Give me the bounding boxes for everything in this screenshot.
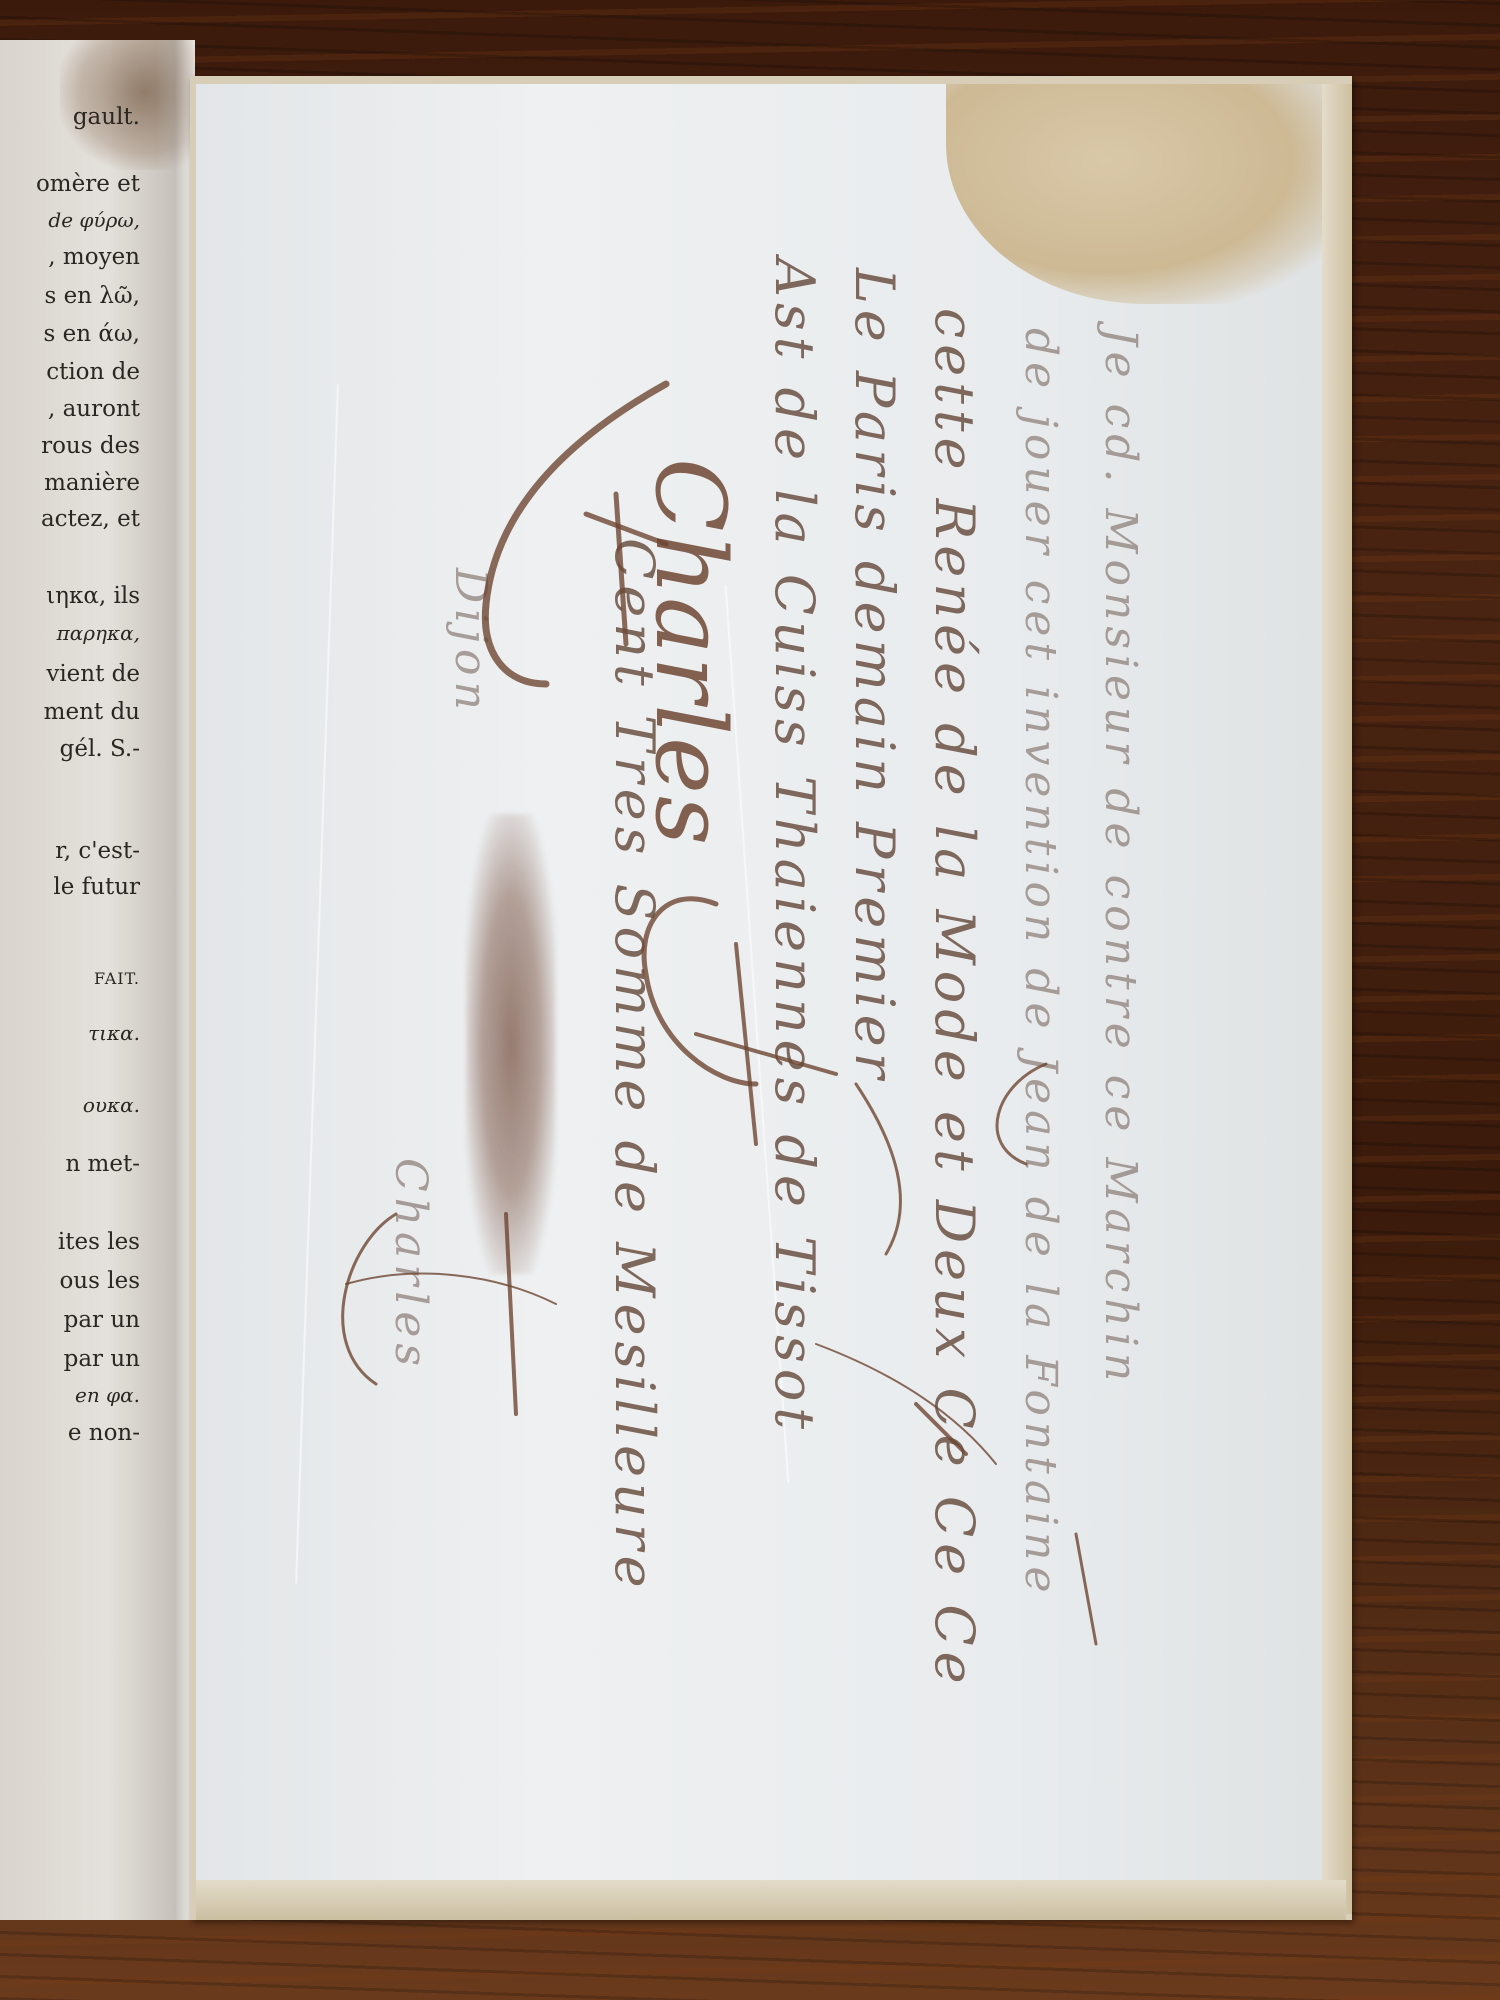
printed-line: en φα. — [75, 1383, 140, 1407]
printed-line: n met- — [65, 1151, 140, 1177]
handwritten-page-right: Je cd. Monsieur de contre ce Marchinde j… — [190, 76, 1352, 1920]
handwritten-line: Charles — [385, 1158, 436, 1372]
printed-line: e non- — [68, 1420, 140, 1446]
printed-line: ιηκα, ils — [46, 583, 140, 609]
printed-line: παρηκα, — [57, 621, 140, 645]
printed-line: gault. — [73, 104, 140, 130]
printed-line: ous les — [59, 1268, 140, 1294]
printed-line: le futur — [53, 874, 140, 900]
printed-line: rous des — [41, 433, 140, 459]
printed-line: ουκα. — [83, 1093, 140, 1117]
printed-line: ction de — [46, 359, 140, 385]
printed-line: s en άω, — [44, 321, 140, 347]
printed-line: s en λῶ, — [45, 283, 141, 309]
handwritten-script: Je cd. Monsieur de contre ce Marchinde j… — [196, 84, 1346, 1914]
printed-line: ment du — [44, 699, 140, 725]
printed-line: , moyen — [48, 244, 140, 270]
handwritten-line: cette Renée de la Mode et Deux Ce Ce Ce — [923, 308, 986, 1690]
printed-page-left: gault.omère etde φύρω,, moyens en λῶ,s e… — [0, 40, 195, 1920]
handwritten-line: Ast de la Cuiss Thaiennes de Tissot — [763, 258, 826, 1435]
handwritten-line: Cent Tres Somme de Mesilleure — [603, 538, 666, 1594]
printed-line: manière — [44, 470, 140, 496]
handwritten-line: Le Paris demain Premier — [843, 268, 906, 1085]
printed-line: r, c'est- — [55, 838, 140, 864]
printed-line: actez, et — [41, 506, 140, 532]
printed-line: omère et — [36, 171, 140, 197]
printed-line: par un — [64, 1307, 140, 1333]
printed-line: ites les — [58, 1229, 140, 1255]
handwritten-line: Dijon — [445, 568, 496, 716]
printed-line: gél. S.- — [60, 736, 140, 762]
book-gutter — [155, 40, 195, 1920]
printed-line: , auront — [48, 396, 140, 422]
printed-line: vient de — [46, 661, 140, 687]
printed-line: par un — [64, 1346, 140, 1372]
handwritten-line: Je cd. Monsieur de contre ce Marchin — [1095, 328, 1146, 1387]
printed-line: de φύρω, — [48, 208, 140, 232]
printed-line: FAIT. — [94, 969, 140, 988]
printed-line: τικα. — [88, 1021, 140, 1045]
handwritten-line: de jouer cet invention de Jean de la Fon… — [1015, 328, 1066, 1599]
